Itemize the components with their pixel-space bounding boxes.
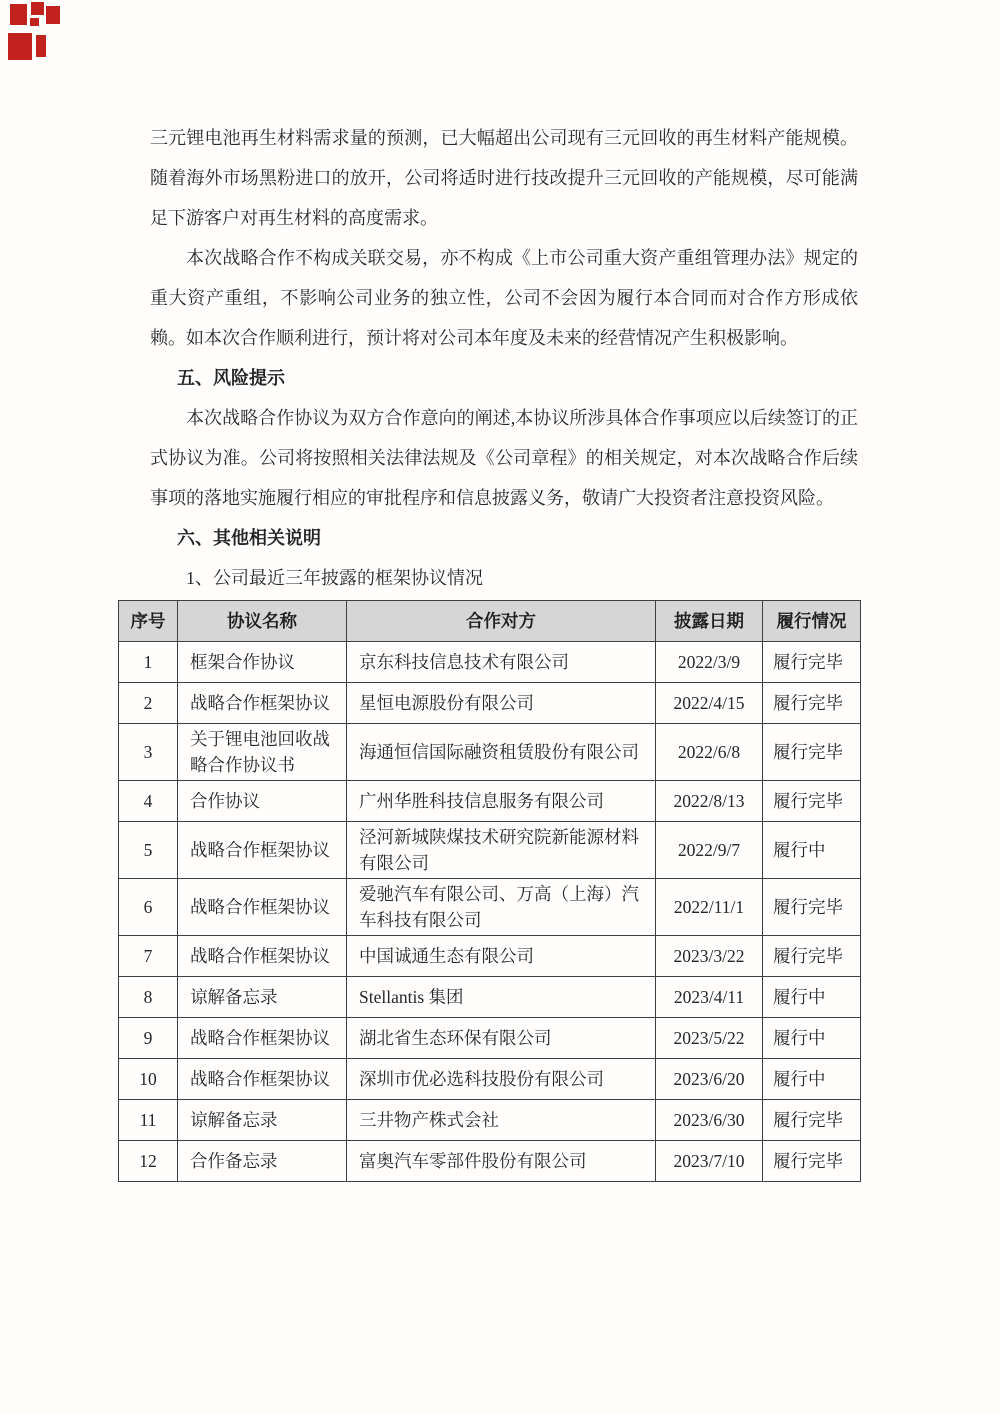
document-page: 三元锂电池再生材料需求量的预测，已大幅超出公司现有三元回收的再生材料产能规模。随… bbox=[0, 0, 1000, 1414]
table-cell: 4 bbox=[119, 781, 178, 822]
table-row: 2战略合作框架协议星恒电源股份有限公司2022/4/15履行完毕 bbox=[119, 683, 861, 724]
table-cell: 履行完毕 bbox=[763, 879, 861, 936]
table-cell: 11 bbox=[119, 1100, 178, 1141]
table-row: 12合作备忘录富奥汽车零部件股份有限公司2023/7/10履行完毕 bbox=[119, 1141, 861, 1182]
table-cell: 2022/3/9 bbox=[656, 642, 763, 683]
table-row: 4合作协议广州华胜科技信息服务有限公司2022/8/13履行完毕 bbox=[119, 781, 861, 822]
table-cell: 履行中 bbox=[763, 1018, 861, 1059]
section-heading-other-notes: 六、其他相关说明 bbox=[150, 518, 858, 558]
table-cell: 履行完毕 bbox=[763, 724, 861, 781]
table-cell: 8 bbox=[119, 977, 178, 1018]
red-stamp-artifact bbox=[0, 0, 70, 68]
table-row: 5战略合作框架协议泾河新城陕煤技术研究院新能源材料有限公司2022/9/7履行中 bbox=[119, 822, 861, 879]
table-cell: 战略合作框架协议 bbox=[178, 1018, 347, 1059]
table-cell: 2023/6/30 bbox=[656, 1100, 763, 1141]
table-cell: 履行完毕 bbox=[763, 683, 861, 724]
table-cell: 京东科技信息技术有限公司 bbox=[347, 642, 656, 683]
table-cell: 履行完毕 bbox=[763, 781, 861, 822]
column-header: 合作对方 bbox=[347, 601, 656, 642]
table-row: 8谅解备忘录Stellantis 集团2023/4/11履行中 bbox=[119, 977, 861, 1018]
table-cell: 2023/7/10 bbox=[656, 1141, 763, 1182]
column-header: 序号 bbox=[119, 601, 178, 642]
table-cell: 7 bbox=[119, 936, 178, 977]
table-cell: 2023/3/22 bbox=[656, 936, 763, 977]
red-stamp-fragment bbox=[46, 6, 60, 24]
table-row: 1框架合作协议京东科技信息技术有限公司2022/3/9履行完毕 bbox=[119, 642, 861, 683]
paragraph-risk-notice: 本次战略合作协议为双方合作意向的阐述,本协议所涉具体合作事项应以后续签订的正式协… bbox=[150, 398, 858, 518]
section-heading-risk-notice: 五、风险提示 bbox=[150, 358, 858, 398]
table-cell: 10 bbox=[119, 1059, 178, 1100]
red-stamp-fragment bbox=[30, 18, 39, 26]
table-cell: 3 bbox=[119, 724, 178, 781]
table-row: 7战略合作框架协议中国诚通生态有限公司2023/3/22履行完毕 bbox=[119, 936, 861, 977]
table-cell: 2022/8/13 bbox=[656, 781, 763, 822]
table-cell: 5 bbox=[119, 822, 178, 879]
paragraph-capacity-continuation: 三元锂电池再生材料需求量的预测，已大幅超出公司现有三元回收的再生材料产能规模。随… bbox=[150, 118, 858, 238]
table-cell: 2023/6/20 bbox=[656, 1059, 763, 1100]
table-row: 6战略合作框架协议爱驰汽车有限公司、万高（上海）汽车科技有限公司2022/11/… bbox=[119, 879, 861, 936]
table-cell: 2022/9/7 bbox=[656, 822, 763, 879]
table-cell: 泾河新城陕煤技术研究院新能源材料有限公司 bbox=[347, 822, 656, 879]
table-cell: 履行中 bbox=[763, 1059, 861, 1100]
table-cell: 谅解备忘录 bbox=[178, 977, 347, 1018]
table-cell: 履行中 bbox=[763, 822, 861, 879]
table-cell: 履行中 bbox=[763, 977, 861, 1018]
table-cell: 战略合作框架协议 bbox=[178, 1059, 347, 1100]
table-cell: 星恒电源股份有限公司 bbox=[347, 683, 656, 724]
table-cell: 框架合作协议 bbox=[178, 642, 347, 683]
table-cell: 6 bbox=[119, 879, 178, 936]
table-cell: 关于锂电池回收战略合作协议书 bbox=[178, 724, 347, 781]
table-cell: 深圳市优必选科技股份有限公司 bbox=[347, 1059, 656, 1100]
table-cell: 2023/4/11 bbox=[656, 977, 763, 1018]
table-cell: 2 bbox=[119, 683, 178, 724]
table-cell: 2022/11/1 bbox=[656, 879, 763, 936]
table-cell: 广州华胜科技信息服务有限公司 bbox=[347, 781, 656, 822]
table-cell: 12 bbox=[119, 1141, 178, 1182]
table-cell: 履行完毕 bbox=[763, 1100, 861, 1141]
paragraph-no-related-transaction: 本次战略合作不构成关联交易，亦不构成《上市公司重大资产重组管理办法》规定的重大资… bbox=[150, 238, 858, 358]
column-header: 披露日期 bbox=[656, 601, 763, 642]
table-cell: 2023/5/22 bbox=[656, 1018, 763, 1059]
table-header-row: 序号协议名称合作对方披露日期履行情况 bbox=[119, 601, 861, 642]
column-header: 履行情况 bbox=[763, 601, 861, 642]
red-stamp-fragment bbox=[36, 35, 46, 57]
table-cell: 战略合作框架协议 bbox=[178, 822, 347, 879]
table-cell: 湖北省生态环保有限公司 bbox=[347, 1018, 656, 1059]
table-row: 10战略合作框架协议深圳市优必选科技股份有限公司2023/6/20履行中 bbox=[119, 1059, 861, 1100]
table-cell: 2022/6/8 bbox=[656, 724, 763, 781]
table-cell: 战略合作框架协议 bbox=[178, 683, 347, 724]
table-cell: 1 bbox=[119, 642, 178, 683]
list-item-framework-agreements-intro: 1、公司最近三年披露的框架协议情况 bbox=[150, 558, 858, 598]
table-cell: 履行完毕 bbox=[763, 642, 861, 683]
table-cell: 战略合作框架协议 bbox=[178, 879, 347, 936]
framework-agreements-table: 序号协议名称合作对方披露日期履行情况1框架合作协议京东科技信息技术有限公司202… bbox=[118, 600, 861, 1182]
column-header: 协议名称 bbox=[178, 601, 347, 642]
table-row: 11谅解备忘录三井物产株式会社2023/6/30履行完毕 bbox=[119, 1100, 861, 1141]
table-cell: 合作备忘录 bbox=[178, 1141, 347, 1182]
table-cell: 履行完毕 bbox=[763, 936, 861, 977]
table-cell: Stellantis 集团 bbox=[347, 977, 656, 1018]
table-cell: 富奥汽车零部件股份有限公司 bbox=[347, 1141, 656, 1182]
table-cell: 海通恒信国际融资租赁股份有限公司 bbox=[347, 724, 656, 781]
table-cell: 9 bbox=[119, 1018, 178, 1059]
table-cell: 履行完毕 bbox=[763, 1141, 861, 1182]
table-row: 3关于锂电池回收战略合作协议书海通恒信国际融资租赁股份有限公司2022/6/8履… bbox=[119, 724, 861, 781]
red-stamp-fragment bbox=[10, 4, 27, 25]
table-cell: 三井物产株式会社 bbox=[347, 1100, 656, 1141]
table-row: 9战略合作框架协议湖北省生态环保有限公司2023/5/22履行中 bbox=[119, 1018, 861, 1059]
table-cell: 中国诚通生态有限公司 bbox=[347, 936, 656, 977]
red-stamp-fragment bbox=[8, 33, 32, 60]
table-cell: 战略合作框架协议 bbox=[178, 936, 347, 977]
table-cell: 谅解备忘录 bbox=[178, 1100, 347, 1141]
document-body: 三元锂电池再生材料需求量的预测，已大幅超出公司现有三元回收的再生材料产能规模。随… bbox=[150, 118, 858, 1182]
table-cell: 合作协议 bbox=[178, 781, 347, 822]
table-cell: 爱驰汽车有限公司、万高（上海）汽车科技有限公司 bbox=[347, 879, 656, 936]
table-cell: 2022/4/15 bbox=[656, 683, 763, 724]
red-stamp-fragment bbox=[31, 2, 44, 15]
